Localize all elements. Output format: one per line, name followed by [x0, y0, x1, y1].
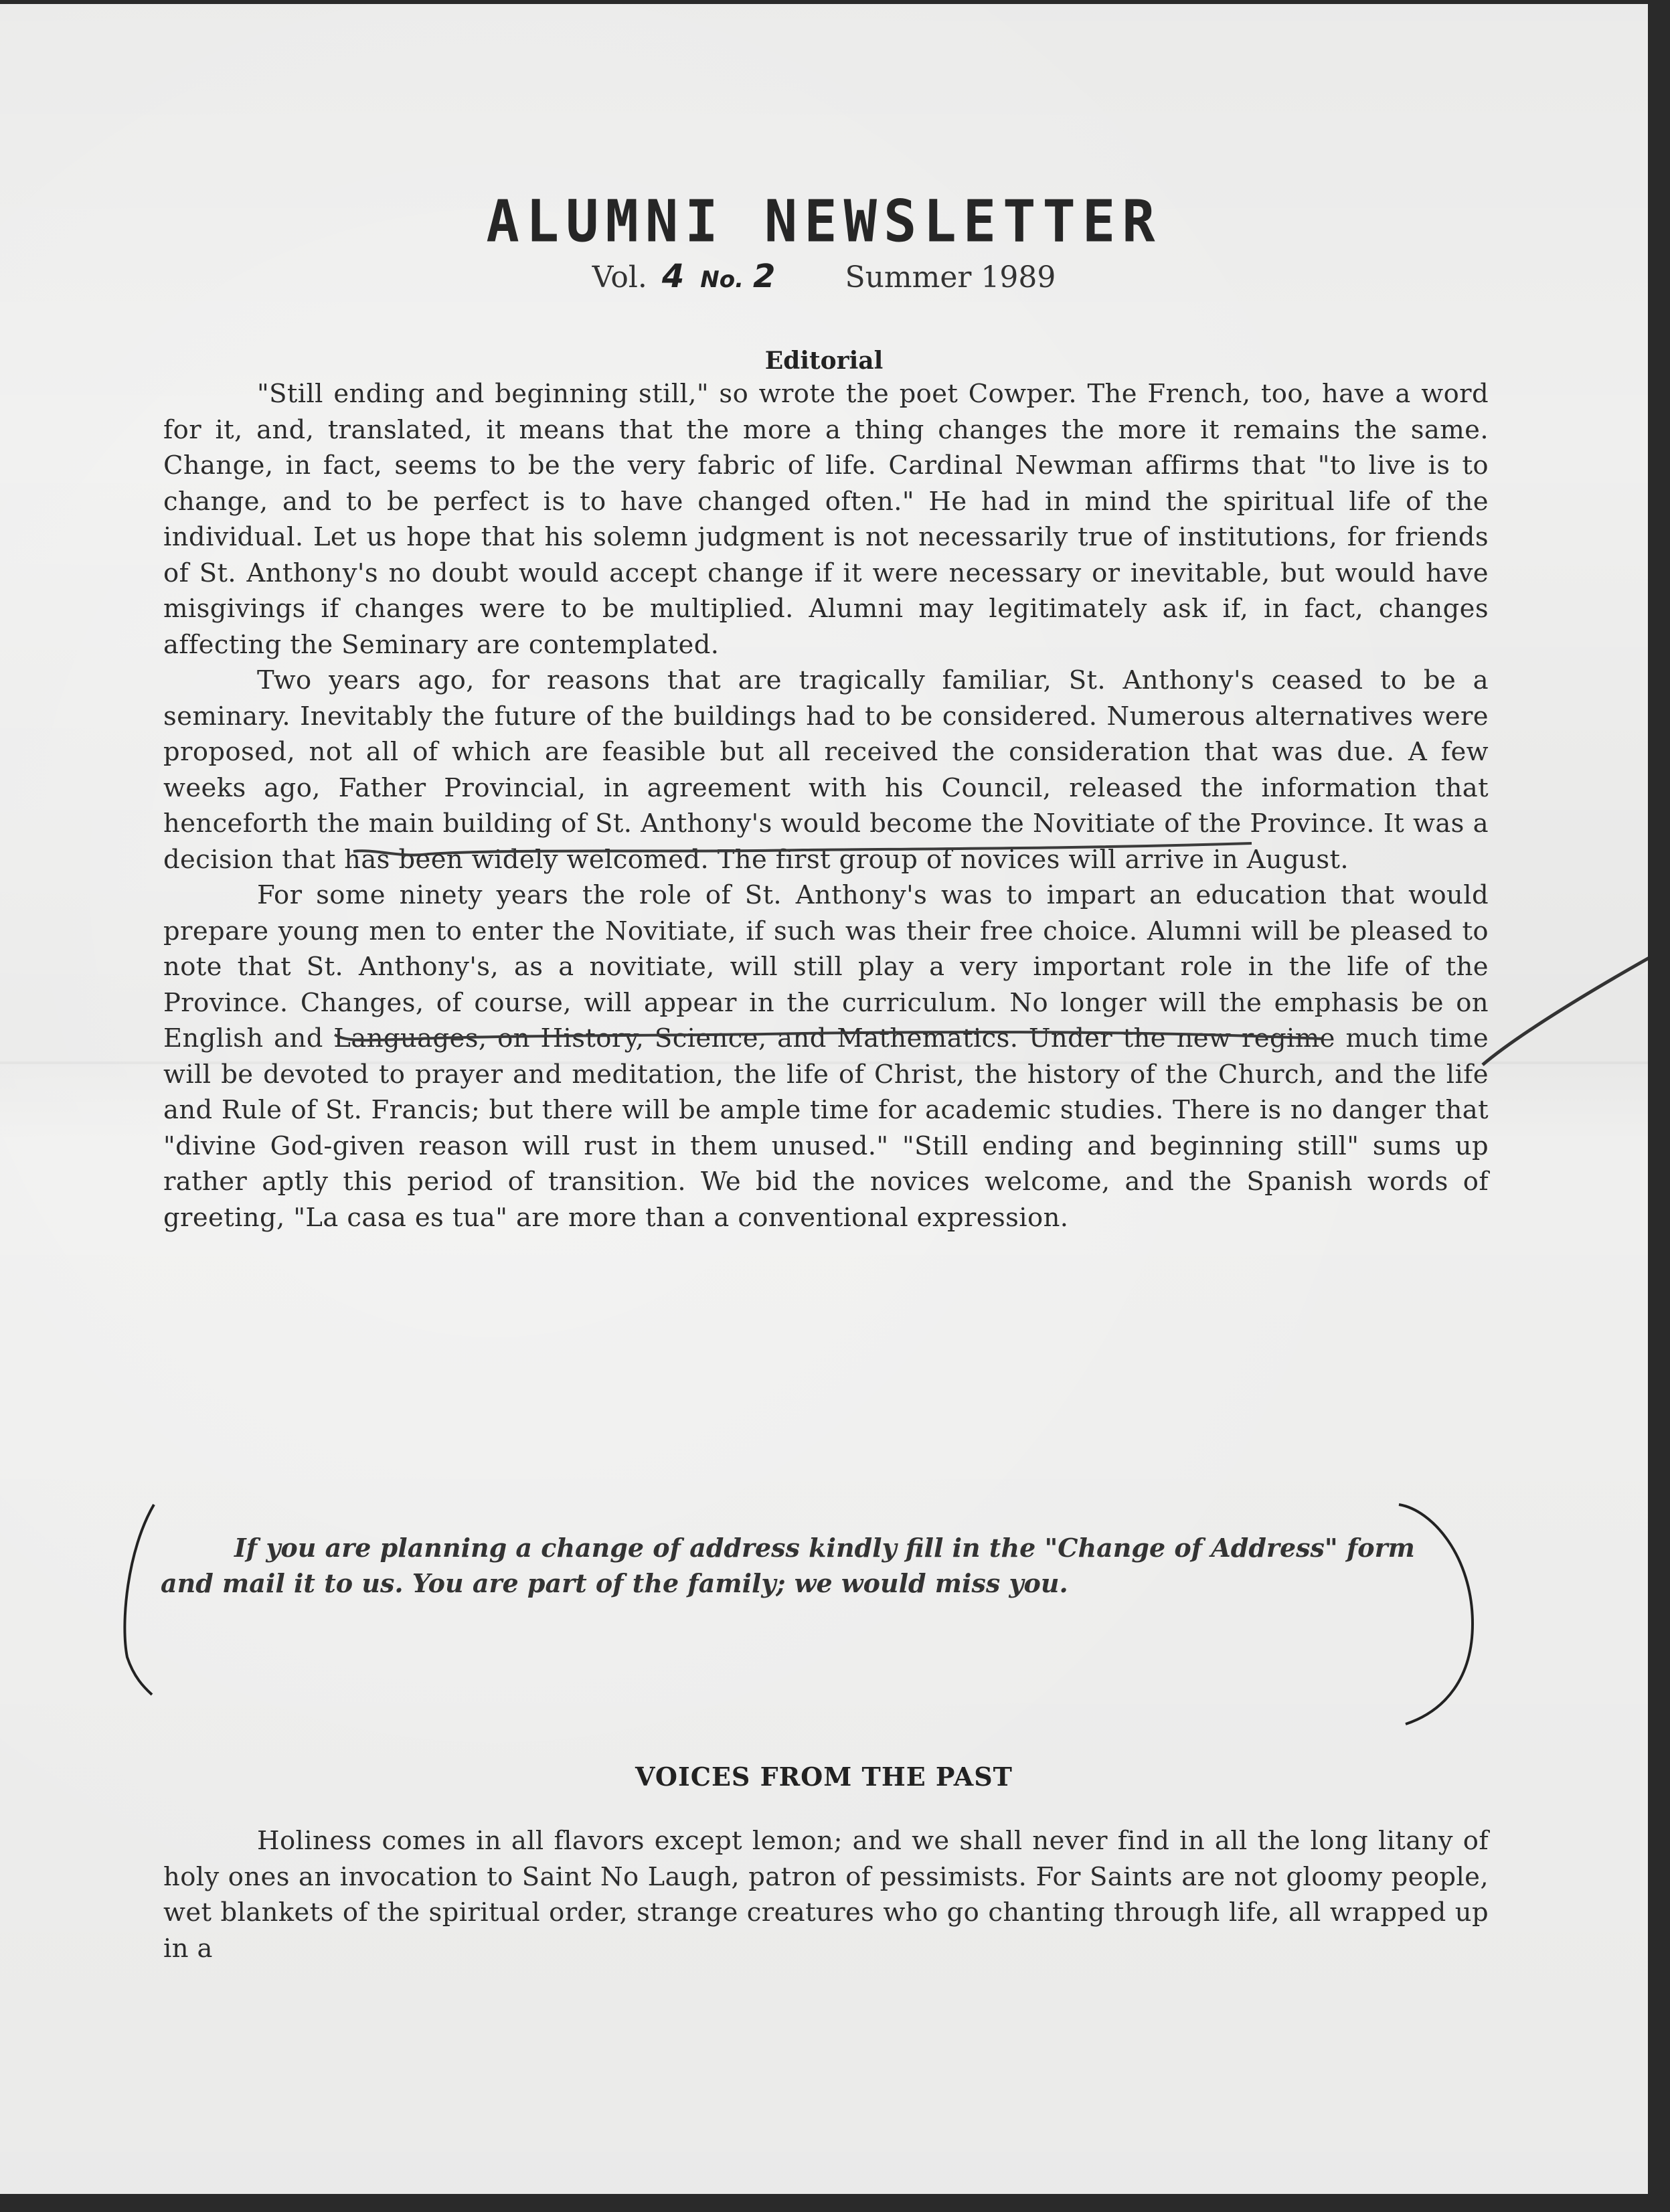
left-bracket-mark	[124, 1505, 154, 1695]
margin-slash-mark	[1483, 952, 1648, 1065]
newsletter-page: ALUMNI NEWSLETTER Vol. 4 No. 2 Summer 19…	[0, 4, 1648, 2194]
underline-mark-novices	[335, 1032, 1322, 1040]
right-bracket-mark	[1399, 1505, 1473, 1724]
pen-annotations	[0, 4, 1648, 2194]
underline-mark-alternatives	[353, 843, 1252, 855]
